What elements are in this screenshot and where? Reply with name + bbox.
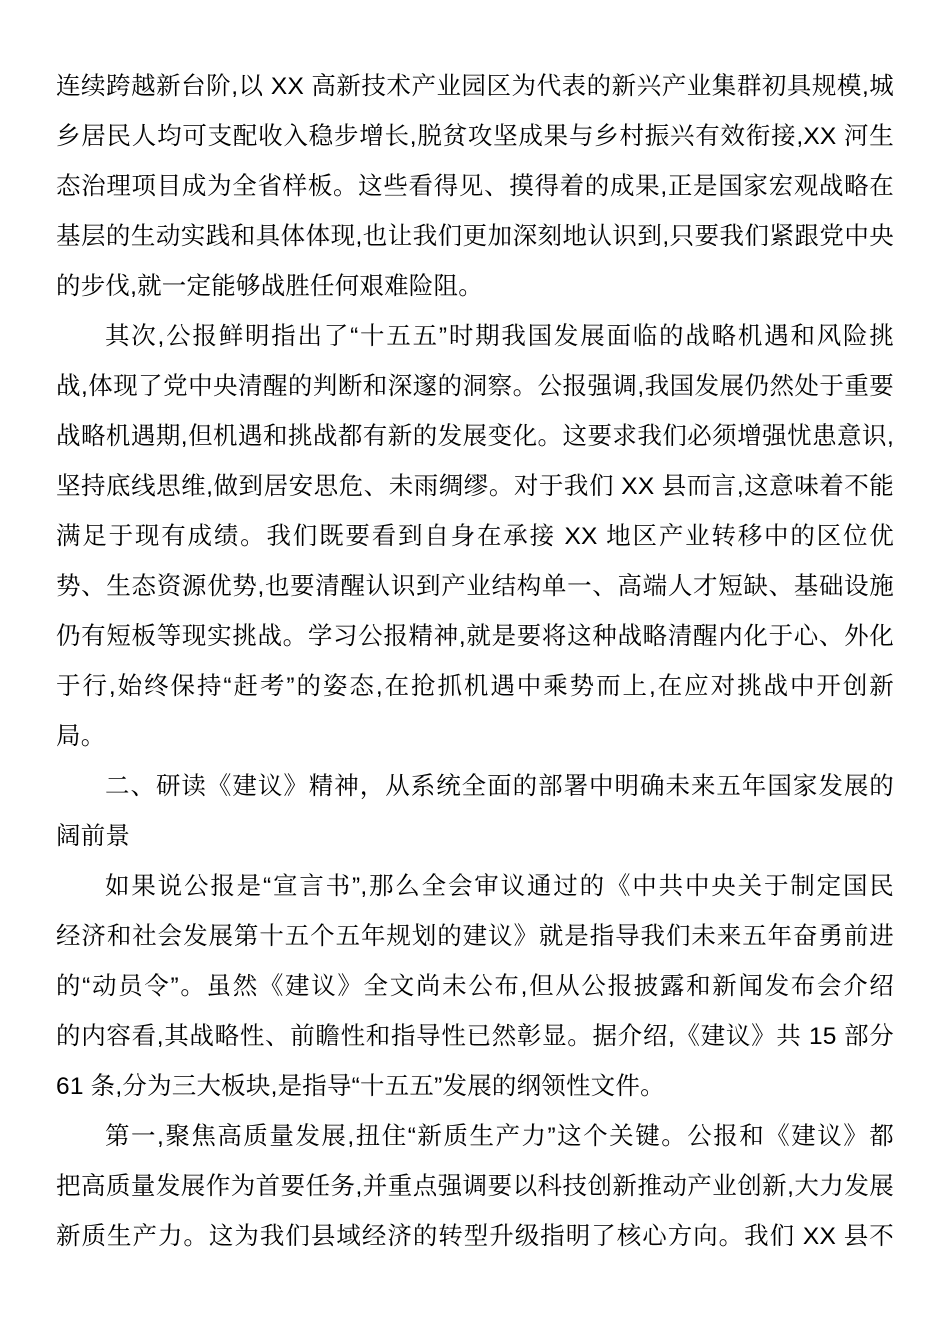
document-page: 连续跨越新台阶,以 XX 高新技术产业园区为代表的新兴产业集群初具规模,城 乡居… xyxy=(0,0,950,1344)
text-line: 经济和社会发展第十五个五年规划的建议》就是指导我们未来五年奋勇前进 xyxy=(56,912,894,962)
section-heading: 二、研读《建议》精神，从系统全面的部署中明确未来五年国家发展的壮 阔前景 xyxy=(56,762,894,862)
text-line: 基层的生动实践和具体体现,也让我们更加深刻地认识到,只要我们紧跟党中央 xyxy=(56,212,894,262)
text-line: 第一,聚焦高质量发展,扭住“新质生产力”这个关键。公报和《建议》都 xyxy=(56,1112,894,1162)
text-line: 二、研读《建议》精神，从系统全面的部署中明确未来五年国家发展的壮 xyxy=(56,762,894,812)
text-line: 的“动员令”。虽然《建议》全文尚未公布,但从公报披露和新闻发布会介绍 xyxy=(56,962,894,1012)
text-line: 战略机遇期,但机遇和挑战都有新的发展变化。这要求我们必须增强忧患意识, xyxy=(56,412,894,462)
text-line: 的步伐,就一定能够战胜任何艰难险阻。 xyxy=(56,262,894,312)
text-line: 仍有短板等现实挑战。学习公报精神,就是要将这种战略清醒内化于心、外化 xyxy=(56,612,894,662)
text-line: 阔前景 xyxy=(56,812,894,862)
paragraph: 如果说公报是“宣言书”,那么全会审议通过的《中共中央关于制定国民 经济和社会发展… xyxy=(56,862,894,1112)
paragraph: 其次,公报鲜明指出了“十五五”时期我国发展面临的战略机遇和风险挑 战,体现了党中… xyxy=(56,312,894,762)
text-line: 于行,始终保持“赶考”的姿态,在抢抓机遇中乘势而上,在应对挑战中开创新 xyxy=(56,662,894,712)
text-line: 局。 xyxy=(56,712,894,762)
text-line: 势、生态资源优势,也要清醒认识到产业结构单一、高端人才短缺、基础设施 xyxy=(56,562,894,612)
text-line: 把高质量发展作为首要任务,并重点强调要以科技创新推动产业创新,大力发展 xyxy=(56,1162,894,1212)
text-line: 满足于现有成绩。我们既要看到自身在承接 XX 地区产业转移中的区位优 xyxy=(56,512,894,562)
paragraph: 第一,聚焦高质量发展,扭住“新质生产力”这个关键。公报和《建议》都 把高质量发展… xyxy=(56,1112,894,1262)
text-line: 61 条,分为三大板块,是指导“十五五”发展的纲领性文件。 xyxy=(56,1062,894,1112)
text-line: 坚持底线思维,做到居安思危、未雨绸缪。对于我们 XX 县而言,这意味着不能 xyxy=(56,462,894,512)
text-line: 态治理项目成为全省样板。这些看得见、摸得着的成果,正是国家宏观战略在 xyxy=(56,162,894,212)
text-line: 战,体现了党中央清醒的判断和深邃的洞察。公报强调,我国发展仍然处于重要 xyxy=(56,362,894,412)
text-line: 如果说公报是“宣言书”,那么全会审议通过的《中共中央关于制定国民 xyxy=(56,862,894,912)
text-line: 其次,公报鲜明指出了“十五五”时期我国发展面临的战略机遇和风险挑 xyxy=(56,312,894,362)
text-line: 连续跨越新台阶,以 XX 高新技术产业园区为代表的新兴产业集群初具规模,城 xyxy=(56,62,894,112)
text-line: 的内容看,其战略性、前瞻性和指导性已然彰显。据介绍,《建议》共 15 部分 xyxy=(56,1012,894,1062)
paragraph: 连续跨越新台阶,以 XX 高新技术产业园区为代表的新兴产业集群初具规模,城 乡居… xyxy=(56,62,894,312)
text-line: 新质生产力。这为我们县域经济的转型升级指明了核心方向。我们 XX 县不 xyxy=(56,1212,894,1262)
text-line: 乡居民人均可支配收入稳步增长,脱贫攻坚成果与乡村振兴有效衔接,XX 河生 xyxy=(56,112,894,162)
